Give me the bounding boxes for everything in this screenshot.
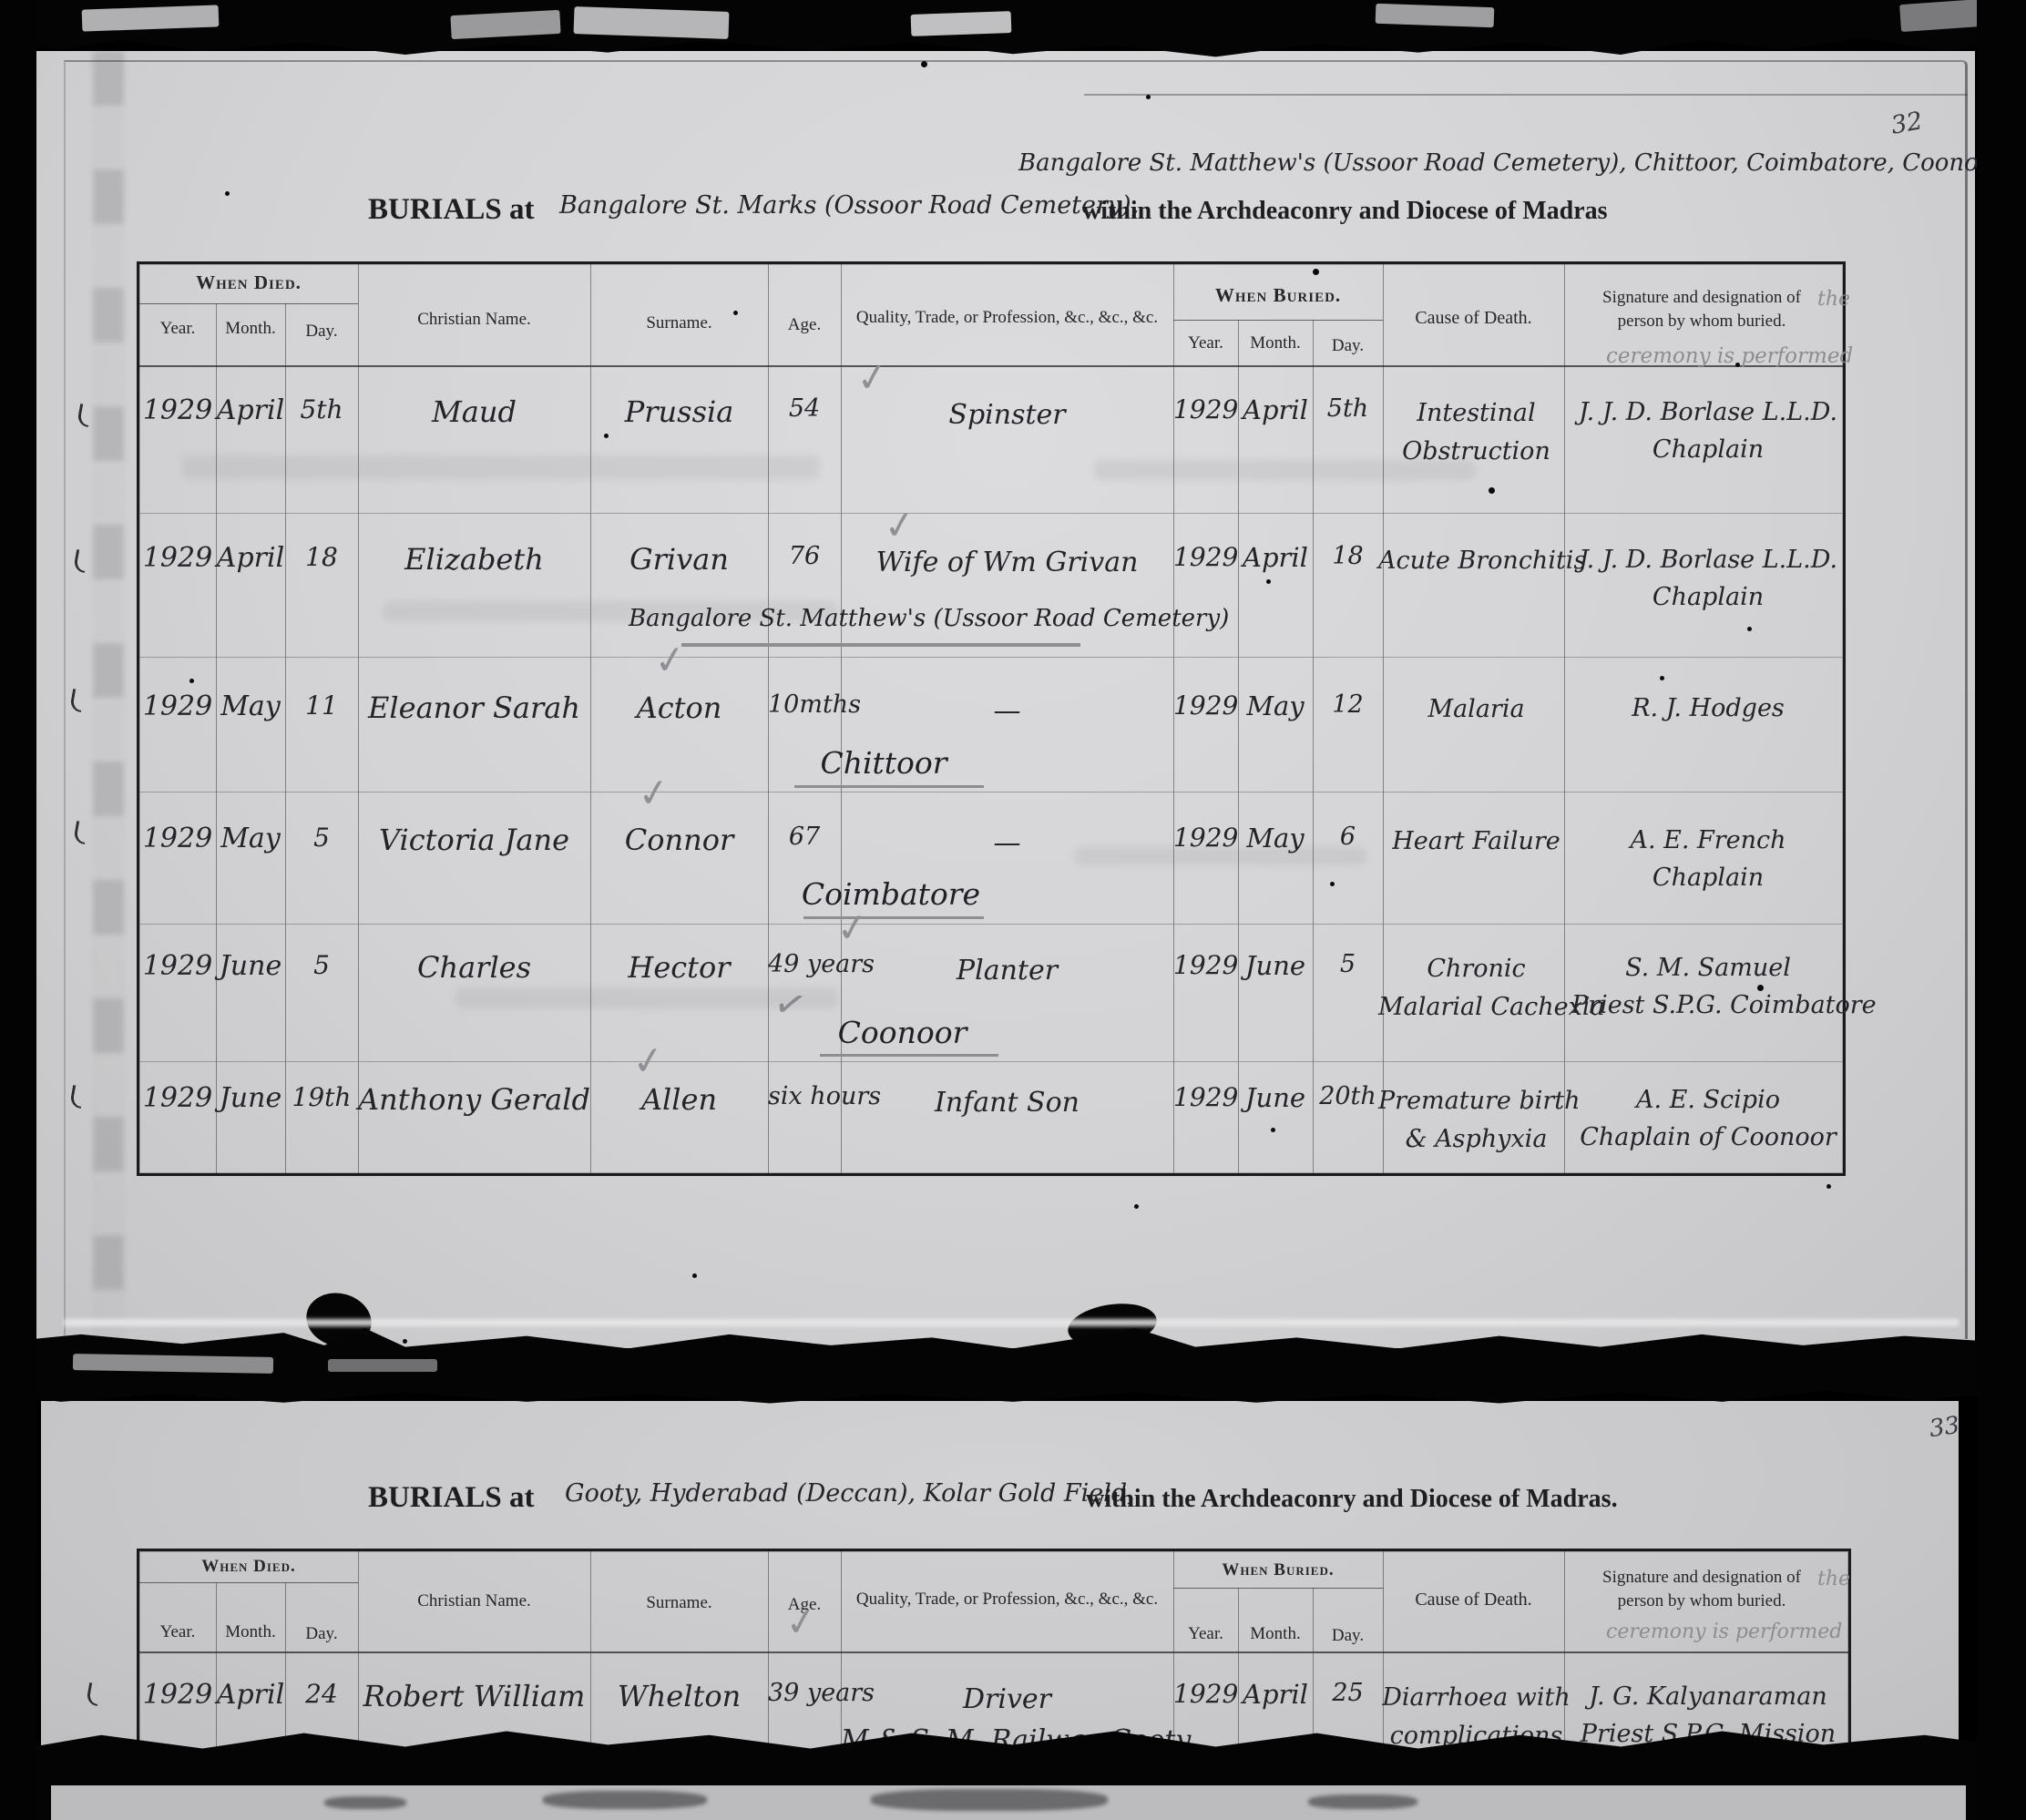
- burial-row: 1929 June 5 Charles Hector 49 years Plan…: [139, 950, 1843, 1050]
- died-month: April: [216, 542, 285, 574]
- grid-line: [139, 513, 1843, 514]
- bleed-through: [383, 601, 838, 621]
- buried-month: April: [1238, 1679, 1313, 1710]
- buried-year: 1929: [1173, 690, 1238, 721]
- buried-day-header: Day.: [1313, 1626, 1383, 1646]
- buried-year: 1929: [1173, 542, 1238, 572]
- pencil-annotation-ceremony: ceremony is performed: [1606, 1621, 1842, 1643]
- smudge: [324, 1796, 406, 1809]
- burial-row: 1929 May 5 Victoria Jane Connor 67 — 192…: [139, 823, 1843, 923]
- bleed-through: [1075, 847, 1366, 865]
- age: 39 years: [768, 1679, 841, 1707]
- grid-line: [139, 657, 1843, 658]
- age: 67: [768, 823, 841, 851]
- title-suffix: within the Archdeaconry and Diocese of M…: [1082, 197, 1608, 226]
- page-number: 32: [1889, 107, 1925, 139]
- title-location: Gooty, Hyderabad (Deccan), Kolar Gold Fi…: [565, 1479, 1135, 1508]
- bleed-through: [1093, 460, 1476, 480]
- grid-line: [139, 792, 1843, 792]
- when-died-header: When Died.: [139, 1557, 358, 1577]
- paper-debris: [450, 10, 560, 39]
- christian-name-header: Christian Name.: [358, 310, 590, 330]
- buried-year: 1929: [1173, 1679, 1238, 1709]
- section-underline: [794, 785, 984, 788]
- buried-day: 20th: [1313, 1082, 1383, 1110]
- pencil-checkmark: ✓: [881, 501, 919, 549]
- pencil-checkmark: ✓: [635, 769, 673, 817]
- header-annotation: Bangalore St. Matthew's (Ussoor Road Cem…: [1018, 149, 2009, 177]
- profession: —: [841, 690, 1173, 731]
- died-year: 1929: [139, 823, 216, 854]
- christian-name: Robert William: [358, 1679, 590, 1713]
- christian-name: Victoria Jane: [358, 823, 590, 857]
- pencil-annotation-ceremony: ceremony is performed: [1606, 344, 1853, 368]
- day-header: Day.: [285, 1624, 358, 1644]
- surname: Hector: [590, 950, 768, 985]
- age: 49 years: [768, 950, 841, 978]
- profession-header: Quality, Trade, or Profession, &c., &c.,…: [841, 1590, 1173, 1610]
- pencil-checkmark: ✓: [629, 1037, 668, 1085]
- buried-year: 1929: [1173, 394, 1238, 424]
- grid-line: [139, 303, 358, 304]
- died-day: 5: [285, 950, 358, 980]
- when-buried-header: When Buried.: [1173, 284, 1383, 307]
- bleed-through: [455, 988, 838, 1008]
- buried-day-header: Day.: [1313, 336, 1383, 356]
- pencil-checkmark: ✓: [783, 1598, 821, 1646]
- died-day: 18: [285, 542, 358, 572]
- paper-debris: [1899, 0, 1983, 32]
- smudge: [1308, 1794, 1417, 1809]
- died-year: 1929: [139, 1679, 216, 1711]
- profession: Infant Son: [841, 1082, 1173, 1123]
- burial-row: 1929 June 19th Anthony Gerald Allen six …: [139, 1082, 1843, 1182]
- surname-header: Surname.: [590, 1593, 768, 1613]
- pencil-checkmark: ✓: [854, 353, 892, 402]
- section-underline: [820, 1054, 998, 1057]
- buried-month: April: [1238, 394, 1313, 425]
- died-day: 24: [285, 1679, 358, 1709]
- died-month: June: [216, 1082, 285, 1114]
- cause-of-death-header: Cause of Death.: [1383, 308, 1564, 329]
- died-year: 1929: [139, 1082, 216, 1114]
- pencil-annotation-the: the: [1817, 288, 1850, 311]
- died-day: 5th: [285, 394, 358, 424]
- paper-debris: [911, 11, 1012, 36]
- paper-debris: [1376, 4, 1495, 28]
- pencil-checkmark: ✓: [651, 636, 690, 684]
- buried-by-signature: J. J. D. Borlase L.L.D. Chaplain: [1571, 542, 1845, 616]
- grid-line: [139, 1061, 1843, 1062]
- buried-year-header: Year.: [1173, 1624, 1238, 1644]
- died-year: 1929: [139, 950, 216, 982]
- age: six hours: [768, 1082, 841, 1110]
- buried-year-header: Year.: [1173, 333, 1238, 353]
- buried-by-signature: A. E. French Chaplain: [1571, 823, 1845, 896]
- year-header: Year.: [139, 1622, 216, 1642]
- surname: Acton: [590, 690, 768, 725]
- buried-day: 5: [1313, 950, 1383, 978]
- buried-by-signature: A. E. Scipio Chaplain of Coonoor: [1571, 1082, 1845, 1156]
- buried-year: 1929: [1173, 1082, 1238, 1112]
- age-header: Age.: [768, 315, 841, 335]
- died-day: 11: [285, 690, 358, 721]
- paper-debris: [73, 1354, 273, 1374]
- burial-table: When Died. When Buried. Year. Month. Day…: [137, 261, 1846, 1176]
- fold-line: [1084, 94, 1968, 96]
- month-header: Month.: [216, 319, 285, 339]
- buried-day: 18: [1313, 542, 1383, 570]
- died-month: May: [216, 690, 285, 722]
- title-prefix: BURIALS at: [368, 193, 534, 227]
- buried-year: 1929: [1173, 950, 1238, 980]
- paper-debris: [82, 5, 220, 31]
- christian-name: Charles: [358, 950, 590, 985]
- age: 54: [768, 394, 841, 423]
- grid-line: [1173, 320, 1383, 321]
- surname: Connor: [590, 823, 768, 857]
- title-suffix: within the Archdeaconry and Diocese of M…: [1086, 1485, 1618, 1514]
- binding-shadow: [93, 51, 124, 1348]
- died-year: 1929: [139, 542, 216, 574]
- died-year: 1929: [139, 394, 216, 426]
- day-header: Day.: [285, 322, 358, 342]
- page-number: 33: [1928, 1412, 1961, 1443]
- cause-of-death: Chronic Malarial Cachexia: [1378, 950, 1574, 1027]
- section-underline: [803, 916, 984, 919]
- burial-row: 1929 May 11 Eleanor Sarah Acton 10mths —…: [139, 690, 1843, 791]
- paper-debris: [328, 1359, 437, 1372]
- died-day: 19th: [285, 1082, 358, 1112]
- died-year: 1929: [139, 690, 216, 722]
- year-header: Year.: [139, 319, 216, 339]
- grid-line: [1173, 1588, 1383, 1589]
- signature-header-line2: person by whom buried.: [1560, 312, 1843, 332]
- grid-line: [139, 365, 1843, 367]
- title-prefix: BURIALS at: [368, 1481, 534, 1515]
- film-base-bar: [51, 1785, 1966, 1820]
- cause-of-death-header: Cause of Death.: [1383, 1590, 1564, 1610]
- buried-by-signature: J. J. D. Borlase L.L.D. Chaplain: [1571, 394, 1845, 468]
- grid-line: [139, 924, 1843, 925]
- profession: Planter: [841, 950, 1173, 991]
- buried-day: 5th: [1313, 394, 1383, 423]
- section-header-chittoor: Chittoor: [802, 745, 966, 781]
- bleed-through: [182, 455, 820, 479]
- grid-line: [139, 1651, 1848, 1653]
- section-header-coimbatore: Coimbatore: [800, 876, 982, 912]
- section-underline: [681, 643, 1080, 647]
- buried-month-header: Month.: [1238, 1624, 1313, 1644]
- pencil-checkmark: ✓: [834, 904, 872, 952]
- buried-month: May: [1238, 690, 1313, 721]
- smudge: [871, 1789, 1108, 1811]
- christian-name: Anthony Gerald: [358, 1082, 590, 1117]
- profession-header: Quality, Trade, or Profession, &c., &c.,…: [841, 308, 1173, 328]
- christian-name: Maud: [358, 394, 590, 429]
- buried-by-signature: R. J. Hodges: [1571, 690, 1845, 728]
- cause-of-death: Premature birth & Asphyxia: [1378, 1082, 1574, 1159]
- title-location: Bangalore St. Marks (Ossoor Road Cemeter…: [559, 191, 1139, 220]
- buried-day: 12: [1313, 690, 1383, 719]
- grid-line: [139, 1582, 358, 1583]
- surname-header: Surname.: [590, 313, 768, 333]
- died-month: April: [216, 1679, 285, 1711]
- cause-of-death: Heart Failure: [1378, 823, 1574, 861]
- christian-name: Elizabeth: [358, 542, 590, 577]
- buried-month: June: [1238, 1082, 1313, 1113]
- cause-of-death: Malaria: [1378, 690, 1574, 729]
- buried-by-signature: S. M. Samuel Priest S.P.G. Coimbatore: [1571, 950, 1845, 1024]
- cause-of-death: Acute Bronchitis: [1378, 542, 1574, 580]
- film-margin-right: [1977, 0, 2026, 1820]
- buried-month: June: [1238, 950, 1313, 981]
- paper-debris: [574, 6, 730, 39]
- signature-header-line1: Signature and designation of: [1560, 288, 1843, 308]
- surname: Allen: [590, 1082, 768, 1117]
- buried-month: April: [1238, 542, 1313, 573]
- buried-day: 25: [1313, 1679, 1383, 1707]
- died-month: April: [216, 394, 285, 426]
- buried-month-header: Month.: [1238, 333, 1313, 353]
- signature-header-line1: Signature and designation of: [1560, 1568, 1843, 1588]
- christian-name-header: Christian Name.: [358, 1591, 590, 1611]
- died-month: June: [216, 950, 285, 982]
- surname: Prussia: [590, 394, 768, 429]
- died-day: 5: [285, 823, 358, 853]
- section-header-coonoor: Coonoor: [818, 1015, 987, 1050]
- signature-header-line2: person by whom buried.: [1560, 1591, 1843, 1611]
- when-died-header: When Died.: [139, 271, 358, 294]
- scanned-burial-register: 32 Bangalore St. Matthew's (Ussoor Road …: [0, 0, 2026, 1820]
- film-margin-left: [0, 0, 36, 1820]
- surname: Whelton: [590, 1679, 768, 1713]
- pencil-annotation-the: the: [1817, 1568, 1850, 1590]
- age: 10mths: [768, 690, 841, 719]
- profession: Spinster: [841, 394, 1173, 435]
- christian-name: Eleanor Sarah: [358, 690, 590, 725]
- when-buried-header: When Buried.: [1173, 1560, 1383, 1580]
- died-month: May: [216, 823, 285, 854]
- burial-row: 1929 April 5th Maud Prussia 54 Spinster …: [139, 394, 1843, 495]
- age: 76: [768, 542, 841, 570]
- month-header: Month.: [216, 1622, 285, 1642]
- page-edge-highlight: [64, 1319, 1959, 1326]
- surname: Grivan: [590, 542, 768, 577]
- smudge: [543, 1791, 707, 1809]
